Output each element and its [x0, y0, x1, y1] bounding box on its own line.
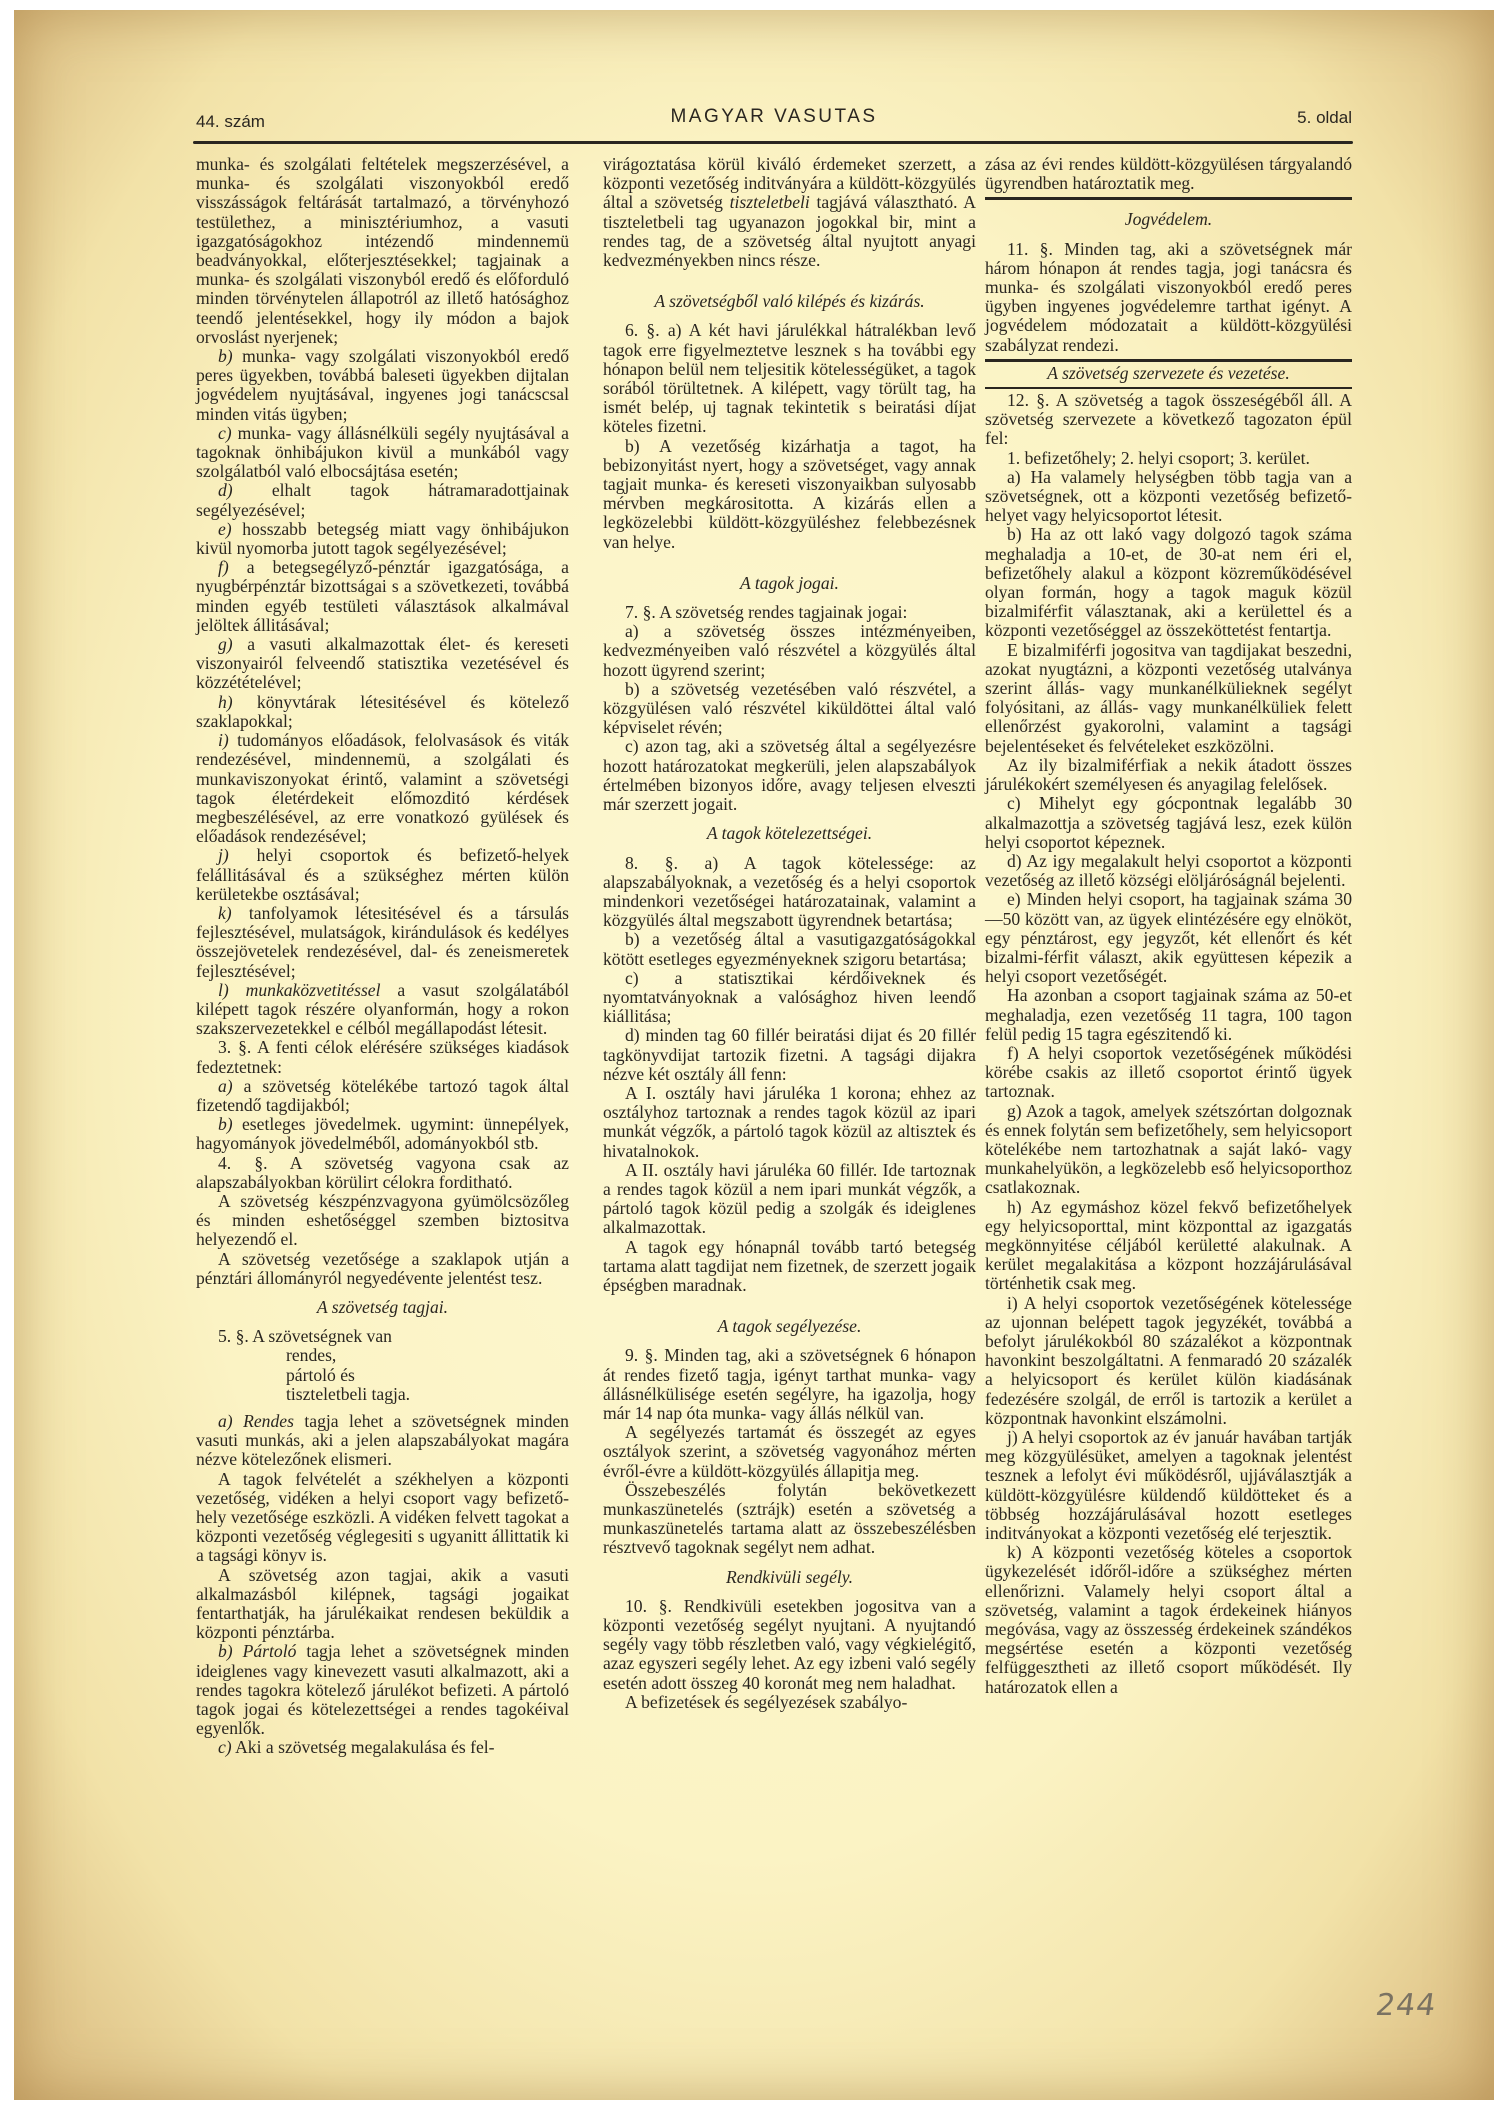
- paragraph: h) Az egymáshoz közel fekvő befizetőhely…: [985, 1198, 1352, 1294]
- section-11: 11. §. Minden tag, aki a szövetségnek má…: [985, 240, 1352, 355]
- paragraph: b) a vezetőség által a vasutigazgatóságo…: [603, 930, 976, 968]
- paragraph: b) esetleges jövedelmek. ugymint: ünnepé…: [196, 1115, 569, 1153]
- section-heading: A szövetség szervezete és vezetése.: [985, 364, 1352, 383]
- section-9: 9. §. Minden tag, aki a szövetségnek 6 h…: [603, 1346, 976, 1423]
- paragraph: E bizalmiférfi jogositva van tagdijakat …: [985, 641, 1352, 756]
- paragraph: b) munka- vagy szolgálati viszonyokból e…: [196, 347, 569, 424]
- paragraph: f) a betegsegélyző-pénztár igazgatósága,…: [196, 558, 569, 635]
- section-8a: 8. §. a) A tagok kötelessége: az alapsza…: [603, 854, 976, 931]
- paragraph: k) A központi vezetőség köteles a csopor…: [985, 1543, 1352, 1697]
- paragraph: Az ily bizalmiférfiak a nekik átadott ös…: [985, 756, 1352, 794]
- paragraph: Ha azonban a csoport tagjainak száma az …: [985, 986, 1352, 1044]
- paragraph: d) elhalt tagok hátramaradottjainak segé…: [196, 481, 569, 519]
- section-4: 4. §. A szövetség vagyona csak az alapsz…: [196, 1154, 569, 1192]
- paragraph: g) Azok a tagok, amelyek szétszórtan dol…: [985, 1102, 1352, 1198]
- paragraph: munka- és szolgálati feltételek megszerz…: [196, 155, 569, 347]
- section-rule: [985, 197, 1352, 200]
- section-heading: Rendkivüli segély.: [603, 1568, 976, 1587]
- paragraph: c) azon tag, aki a szövetség által a seg…: [603, 737, 976, 814]
- paragraph: A I. osztály havi járuléka 1 korona; ehh…: [603, 1084, 976, 1161]
- section-3: 3. §. A fenti célok elérésére szükséges …: [196, 1038, 569, 1076]
- section-12: 12. §. A szövetség a tagok összeségéből …: [985, 391, 1352, 449]
- list-item: rendes,: [286, 1346, 569, 1365]
- paragraph: a) a szövetség összes intézményeiben, ke…: [603, 622, 976, 680]
- list-item: pártoló és: [286, 1366, 569, 1385]
- section-6a: 6. §. a) A két havi járulékkal hátralékb…: [603, 321, 976, 436]
- member-types-list: rendes, pártoló és tiszteletbeli tagja.: [286, 1346, 569, 1404]
- paragraph: b) Ha az ott lakó vagy dolgozó tagok szá…: [985, 525, 1352, 640]
- section-6b: b) A vezetőség kizárhatja a tagot, ha be…: [603, 437, 976, 552]
- paragraph: a) Ha valamely helységben több tagja van…: [985, 468, 1352, 526]
- paragraph: b) a szövetség vezetésében való részvéte…: [603, 680, 976, 738]
- column-2: virágoztatása körül kiváló érdemeket sze…: [603, 155, 976, 1712]
- paragraph: 1. befizetőhely; 2. helyi csoport; 3. ke…: [985, 449, 1352, 468]
- paragraph: c) munka- vagy állásnélküli segély nyujt…: [196, 424, 569, 482]
- section-heading: A tagok kötelezettségei.: [603, 824, 976, 843]
- page-number: 5. oldal: [1297, 108, 1352, 128]
- section-heading: A szövetségből való kilépés és kizárás.: [603, 292, 976, 311]
- paragraph: j) A helyi csoportok az év január havába…: [985, 1428, 1352, 1543]
- header-rule: [193, 141, 1353, 144]
- paragraph: e) Minden helyi csoport, ha tagjainak sz…: [985, 890, 1352, 986]
- paragraph: i) A helyi csoportok vezetőségének kötel…: [985, 1294, 1352, 1428]
- paragraph: g) a vasuti alkalmazottak élet- és keres…: [196, 635, 569, 693]
- paragraph: A tagok felvételét a székhelyen a közpon…: [196, 1470, 569, 1566]
- paragraph: A befizetések és segélyezések szabályo-: [603, 1693, 976, 1712]
- page-header: 44. szám MAGYAR VASUTAS 5. oldal: [196, 100, 1352, 140]
- paragraph: c) Mihelyt egy gócpontnak legalább 30 al…: [985, 794, 1352, 852]
- section-rule: [985, 387, 1352, 389]
- paragraph: k) tanfolyamok létesitésével és a társul…: [196, 904, 569, 981]
- section-heading: A tagok jogai.: [603, 574, 976, 593]
- handwritten-page-annotation: 244: [1374, 1988, 1439, 2023]
- paragraph: d) Az igy megalakult helyi csoportot a k…: [985, 852, 1352, 890]
- paragraph: A tagok egy hónapnál tovább tartó betegs…: [603, 1238, 976, 1296]
- paragraph: c) a statisztikai kérdőiveknek és nyomta…: [603, 969, 976, 1027]
- section-7: 7. §. A szövetség rendes tagjainak jogai…: [603, 603, 976, 622]
- list-item: tiszteletbeli tagja.: [286, 1385, 569, 1404]
- publication-title: MAGYAR VASUTAS: [196, 106, 1352, 128]
- section-heading: Jogvédelem.: [985, 210, 1352, 229]
- paragraph: a) a szövetség kötelékébe tartozó tagok …: [196, 1077, 569, 1115]
- paragraph: f) A helyi csoportok vezetőségének működ…: [985, 1044, 1352, 1102]
- paragraph: A szövetség készpénzvagyona gyümölcsözől…: [196, 1192, 569, 1250]
- paragraph: h) könyvtárak létesitésével és kötelező …: [196, 693, 569, 731]
- section-10: 10. §. Rendkivüli esetekben jogositva va…: [603, 1597, 976, 1693]
- paragraph: i) tudományos előadások, felolvasások és…: [196, 731, 569, 846]
- column-3: zása az évi rendes küldött-közgyülésen t…: [985, 155, 1352, 1697]
- paragraph: A szövetség azon tagjai, akik a vasuti a…: [196, 1566, 569, 1643]
- paragraph: A segélyezés tartamát és összegét az egy…: [603, 1423, 976, 1481]
- paragraph: c) Aki a szövetség megalakulása és fel-: [196, 1738, 569, 1757]
- section-rule: [985, 359, 1352, 362]
- section-5: 5. §. A szövetségnek van: [196, 1327, 569, 1346]
- paragraph: A szövetség vezetősége a szaklapok utján…: [196, 1250, 569, 1288]
- paragraph: virágoztatása körül kiváló érdemeket sze…: [603, 155, 976, 270]
- paragraph: A II. osztály havi járuléka 60 fillér. I…: [603, 1161, 976, 1238]
- column-1: munka- és szolgálati feltételek megszerz…: [196, 155, 569, 1758]
- paragraph: a) Rendes tagja lehet a szövetségnek min…: [196, 1412, 569, 1470]
- section-heading: A szövetség tagjai.: [196, 1298, 569, 1317]
- paragraph: zása az évi rendes küldött-közgyülésen t…: [985, 155, 1352, 193]
- paragraph: j) helyi csoportok és befizető-helyek fe…: [196, 846, 569, 904]
- paragraph: d) minden tag 60 fillér beiratási dijat …: [603, 1026, 976, 1084]
- section-heading: A tagok segélyezése.: [603, 1317, 976, 1336]
- paragraph: e) hosszabb betegség miatt vagy önhibáju…: [196, 520, 569, 558]
- paragraph: b) Pártoló tagja lehet a szövetségnek mi…: [196, 1642, 569, 1738]
- paragraph: l) munkaközvetitéssel a vasut szolgálatá…: [196, 981, 569, 1039]
- paragraph: Összebeszélés folytán bekövetkezett munk…: [603, 1481, 976, 1558]
